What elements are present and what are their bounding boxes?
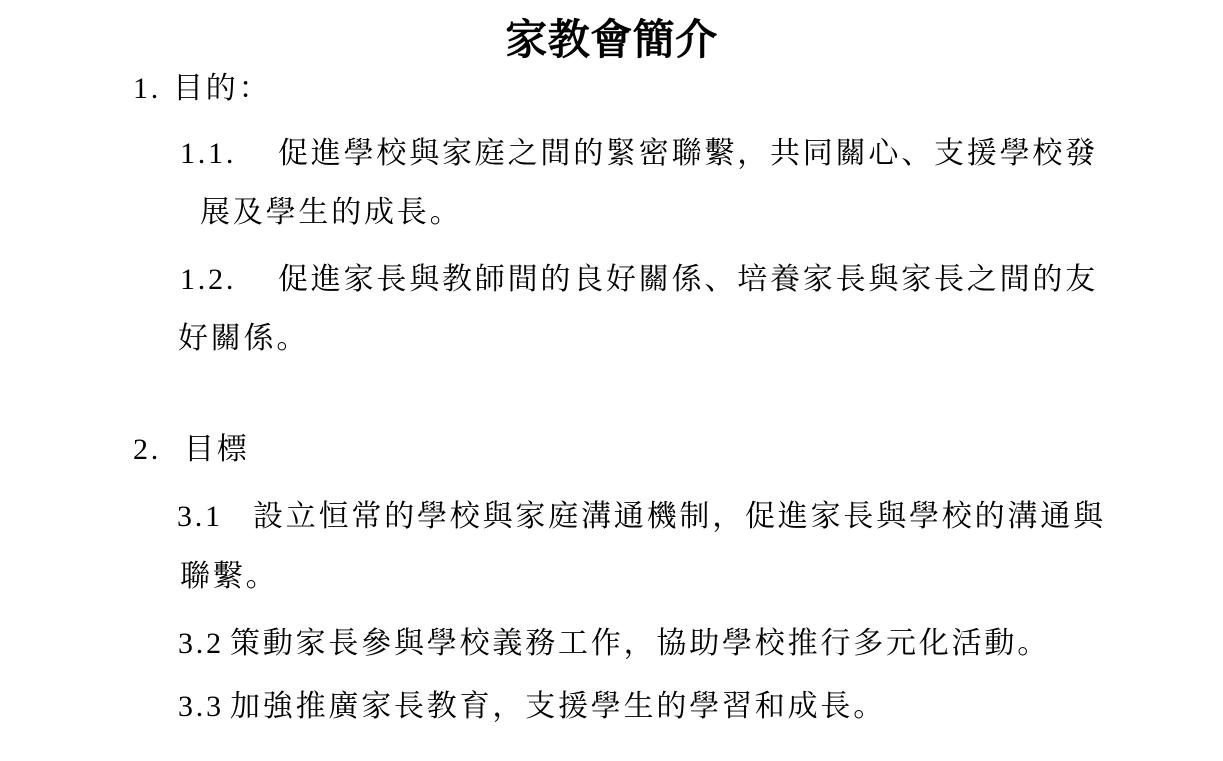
list-item-1-2-line-1: 1.2.促進家長與教師間的良好關係、培養家長與家長之間的友 xyxy=(180,263,1098,297)
list-item-3-2-number: 3.2 xyxy=(178,627,230,661)
section-1-heading-line: 1.目的： xyxy=(133,72,271,106)
list-item-3-2-text: 策動家長參與學校義務工作，協助學校推行多元化活動。 xyxy=(230,627,1050,660)
document-title: 家教會簡介 xyxy=(0,14,1223,66)
list-item-1-2-number: 1.2. xyxy=(180,263,278,297)
list-item-3-2-line-1: 3.2策動家長參與學校義務工作，協助學校推行多元化活動。 xyxy=(178,627,1050,661)
list-item-3-1-text: 設立恒常的學校與家庭溝通機制，促進家長與學校的溝通與 xyxy=(253,500,1106,533)
document-page: 家教會簡介 1.目的： 1.1.促進學校與家庭之間的緊密聯繫，共同關心、支援學校… xyxy=(0,0,1223,761)
section-1-heading: 目的： xyxy=(173,72,271,105)
list-item-1-1-text: 促進學校與家庭之間的緊密聯繫，共同關心、支援學校發 xyxy=(278,137,1098,170)
list-item-3-3-line-1: 3.3加強推廣家長教育，支援學生的學習和成長。 xyxy=(178,690,886,724)
list-item-3-3-text: 加強推廣家長教育，支援學生的學習和成長。 xyxy=(230,690,886,723)
list-item-1-1-line-1: 1.1.促進學校與家庭之間的緊密聯繫，共同關心、支援學校發 xyxy=(180,137,1098,171)
list-item-3-1-number: 3.1 xyxy=(177,500,253,534)
list-item-1-2-line-2: 好關係。 xyxy=(178,322,309,356)
list-item-3-1-line-2: 聯繫。 xyxy=(180,560,278,594)
list-item-1-1-line-2: 展及學生的成長。 xyxy=(200,196,462,230)
list-item-3-3-number: 3.3 xyxy=(178,690,230,724)
list-item-1-2-text: 促進家長與教師間的良好關係、培養家長與家長之間的友 xyxy=(278,263,1098,296)
section-1-number: 1. xyxy=(133,72,173,106)
section-2-heading: 目標 xyxy=(184,433,250,466)
section-2-heading-line: 2.目標 xyxy=(133,433,250,467)
list-item-3-1-line-1: 3.1設立恒常的學校與家庭溝通機制，促進家長與學校的溝通與 xyxy=(177,500,1106,534)
section-2-number: 2. xyxy=(133,433,184,467)
list-item-1-1-number: 1.1. xyxy=(180,137,278,171)
